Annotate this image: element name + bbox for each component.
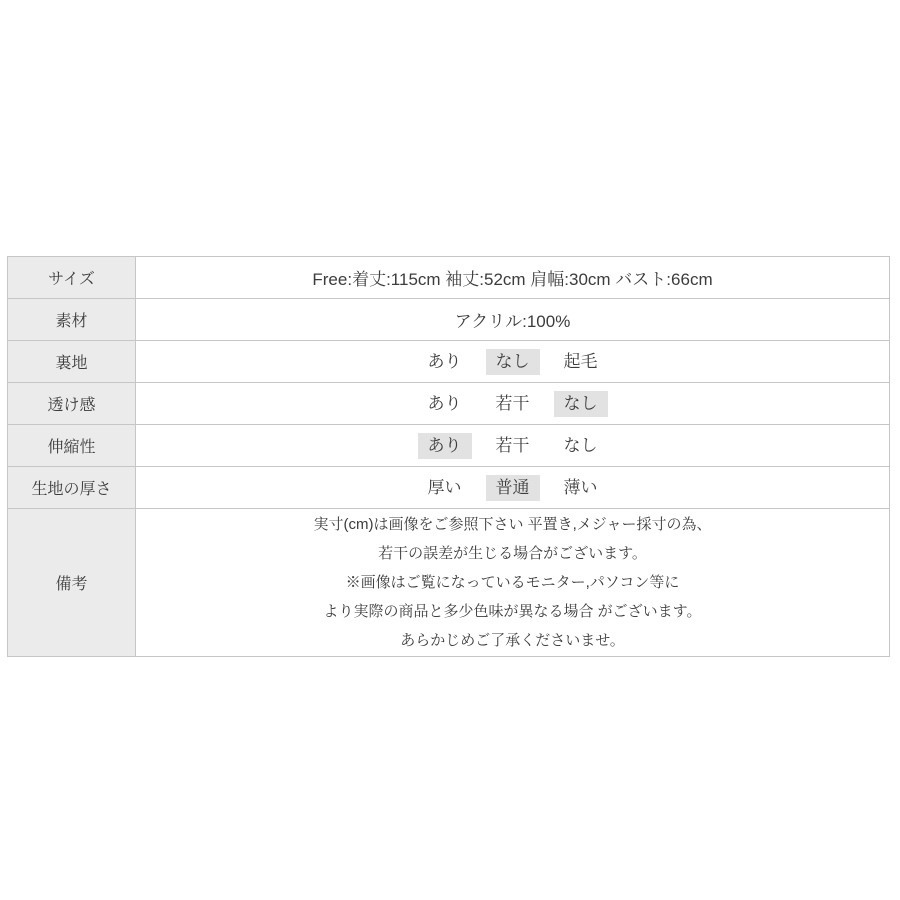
row-label: 透け感 (8, 383, 136, 425)
remark-line: 実寸(cm)は画像をご参照下さい 平置き,メジャー採寸の為、 (137, 510, 888, 539)
remark-line: あらかじめご了承くださいませ。 (137, 626, 888, 655)
row-label: 素材 (8, 299, 136, 341)
row-label: サイズ (8, 257, 136, 299)
row-label: 備考 (8, 509, 136, 657)
product-spec-page: サイズFree:着丈:115cm 袖丈:52cm 肩幅:30cm バスト:66c… (0, 0, 900, 900)
row-value-text: Free:着丈:115cm 袖丈:52cm 肩幅:30cm バスト:66cm (312, 270, 712, 289)
row-value: アクリル:100% (136, 299, 890, 341)
spec-row-3: 透け感あり若干なし (8, 383, 890, 425)
row-value: 実寸(cm)は画像をご参照下さい 平置き,メジャー採寸の為、若干の誤差が生じる場… (136, 509, 890, 657)
remark-line: 若干の誤差が生じる場合がございます。 (137, 539, 888, 568)
option-pill: あり (418, 349, 472, 375)
spec-table-body: サイズFree:着丈:115cm 袖丈:52cm 肩幅:30cm バスト:66c… (8, 257, 890, 657)
option-pill: あり (418, 391, 472, 417)
row-value-text: アクリル:100% (455, 312, 571, 331)
spec-row-1: 素材アクリル:100% (8, 299, 890, 341)
spec-row-6: 備考実寸(cm)は画像をご参照下さい 平置き,メジャー採寸の為、若干の誤差が生じ… (8, 509, 890, 657)
option-pill: 薄い (554, 475, 608, 501)
remark-line: ※画像はご覧になっているモニター,パソコン等に (137, 568, 888, 597)
product-spec-table: サイズFree:着丈:115cm 袖丈:52cm 肩幅:30cm バスト:66c… (7, 256, 890, 657)
option-pill-selected: 普通 (486, 475, 540, 501)
row-label: 伸縮性 (8, 425, 136, 467)
row-label: 生地の厚さ (8, 467, 136, 509)
spec-row-5: 生地の厚さ厚い普通薄い (8, 467, 890, 509)
row-label: 裏地 (8, 341, 136, 383)
spec-row-2: 裏地ありなし起毛 (8, 341, 890, 383)
option-pill: 若干 (486, 391, 540, 417)
option-pill: 起毛 (554, 349, 608, 375)
row-value: あり若干なし (136, 383, 890, 425)
row-value: 厚い普通薄い (136, 467, 890, 509)
row-value: Free:着丈:115cm 袖丈:52cm 肩幅:30cm バスト:66cm (136, 257, 890, 299)
spec-row-4: 伸縮性あり若干なし (8, 425, 890, 467)
option-pill-selected: なし (486, 349, 540, 375)
option-pill: 厚い (418, 475, 472, 501)
option-pill: なし (554, 433, 608, 459)
remark-line: より実際の商品と多少色味が異なる場合 がございます。 (137, 597, 888, 626)
option-pill-selected: なし (554, 391, 608, 417)
option-pill-selected: あり (418, 433, 472, 459)
row-value: ありなし起毛 (136, 341, 890, 383)
row-value: あり若干なし (136, 425, 890, 467)
option-pill: 若干 (486, 433, 540, 459)
spec-row-0: サイズFree:着丈:115cm 袖丈:52cm 肩幅:30cm バスト:66c… (8, 257, 890, 299)
